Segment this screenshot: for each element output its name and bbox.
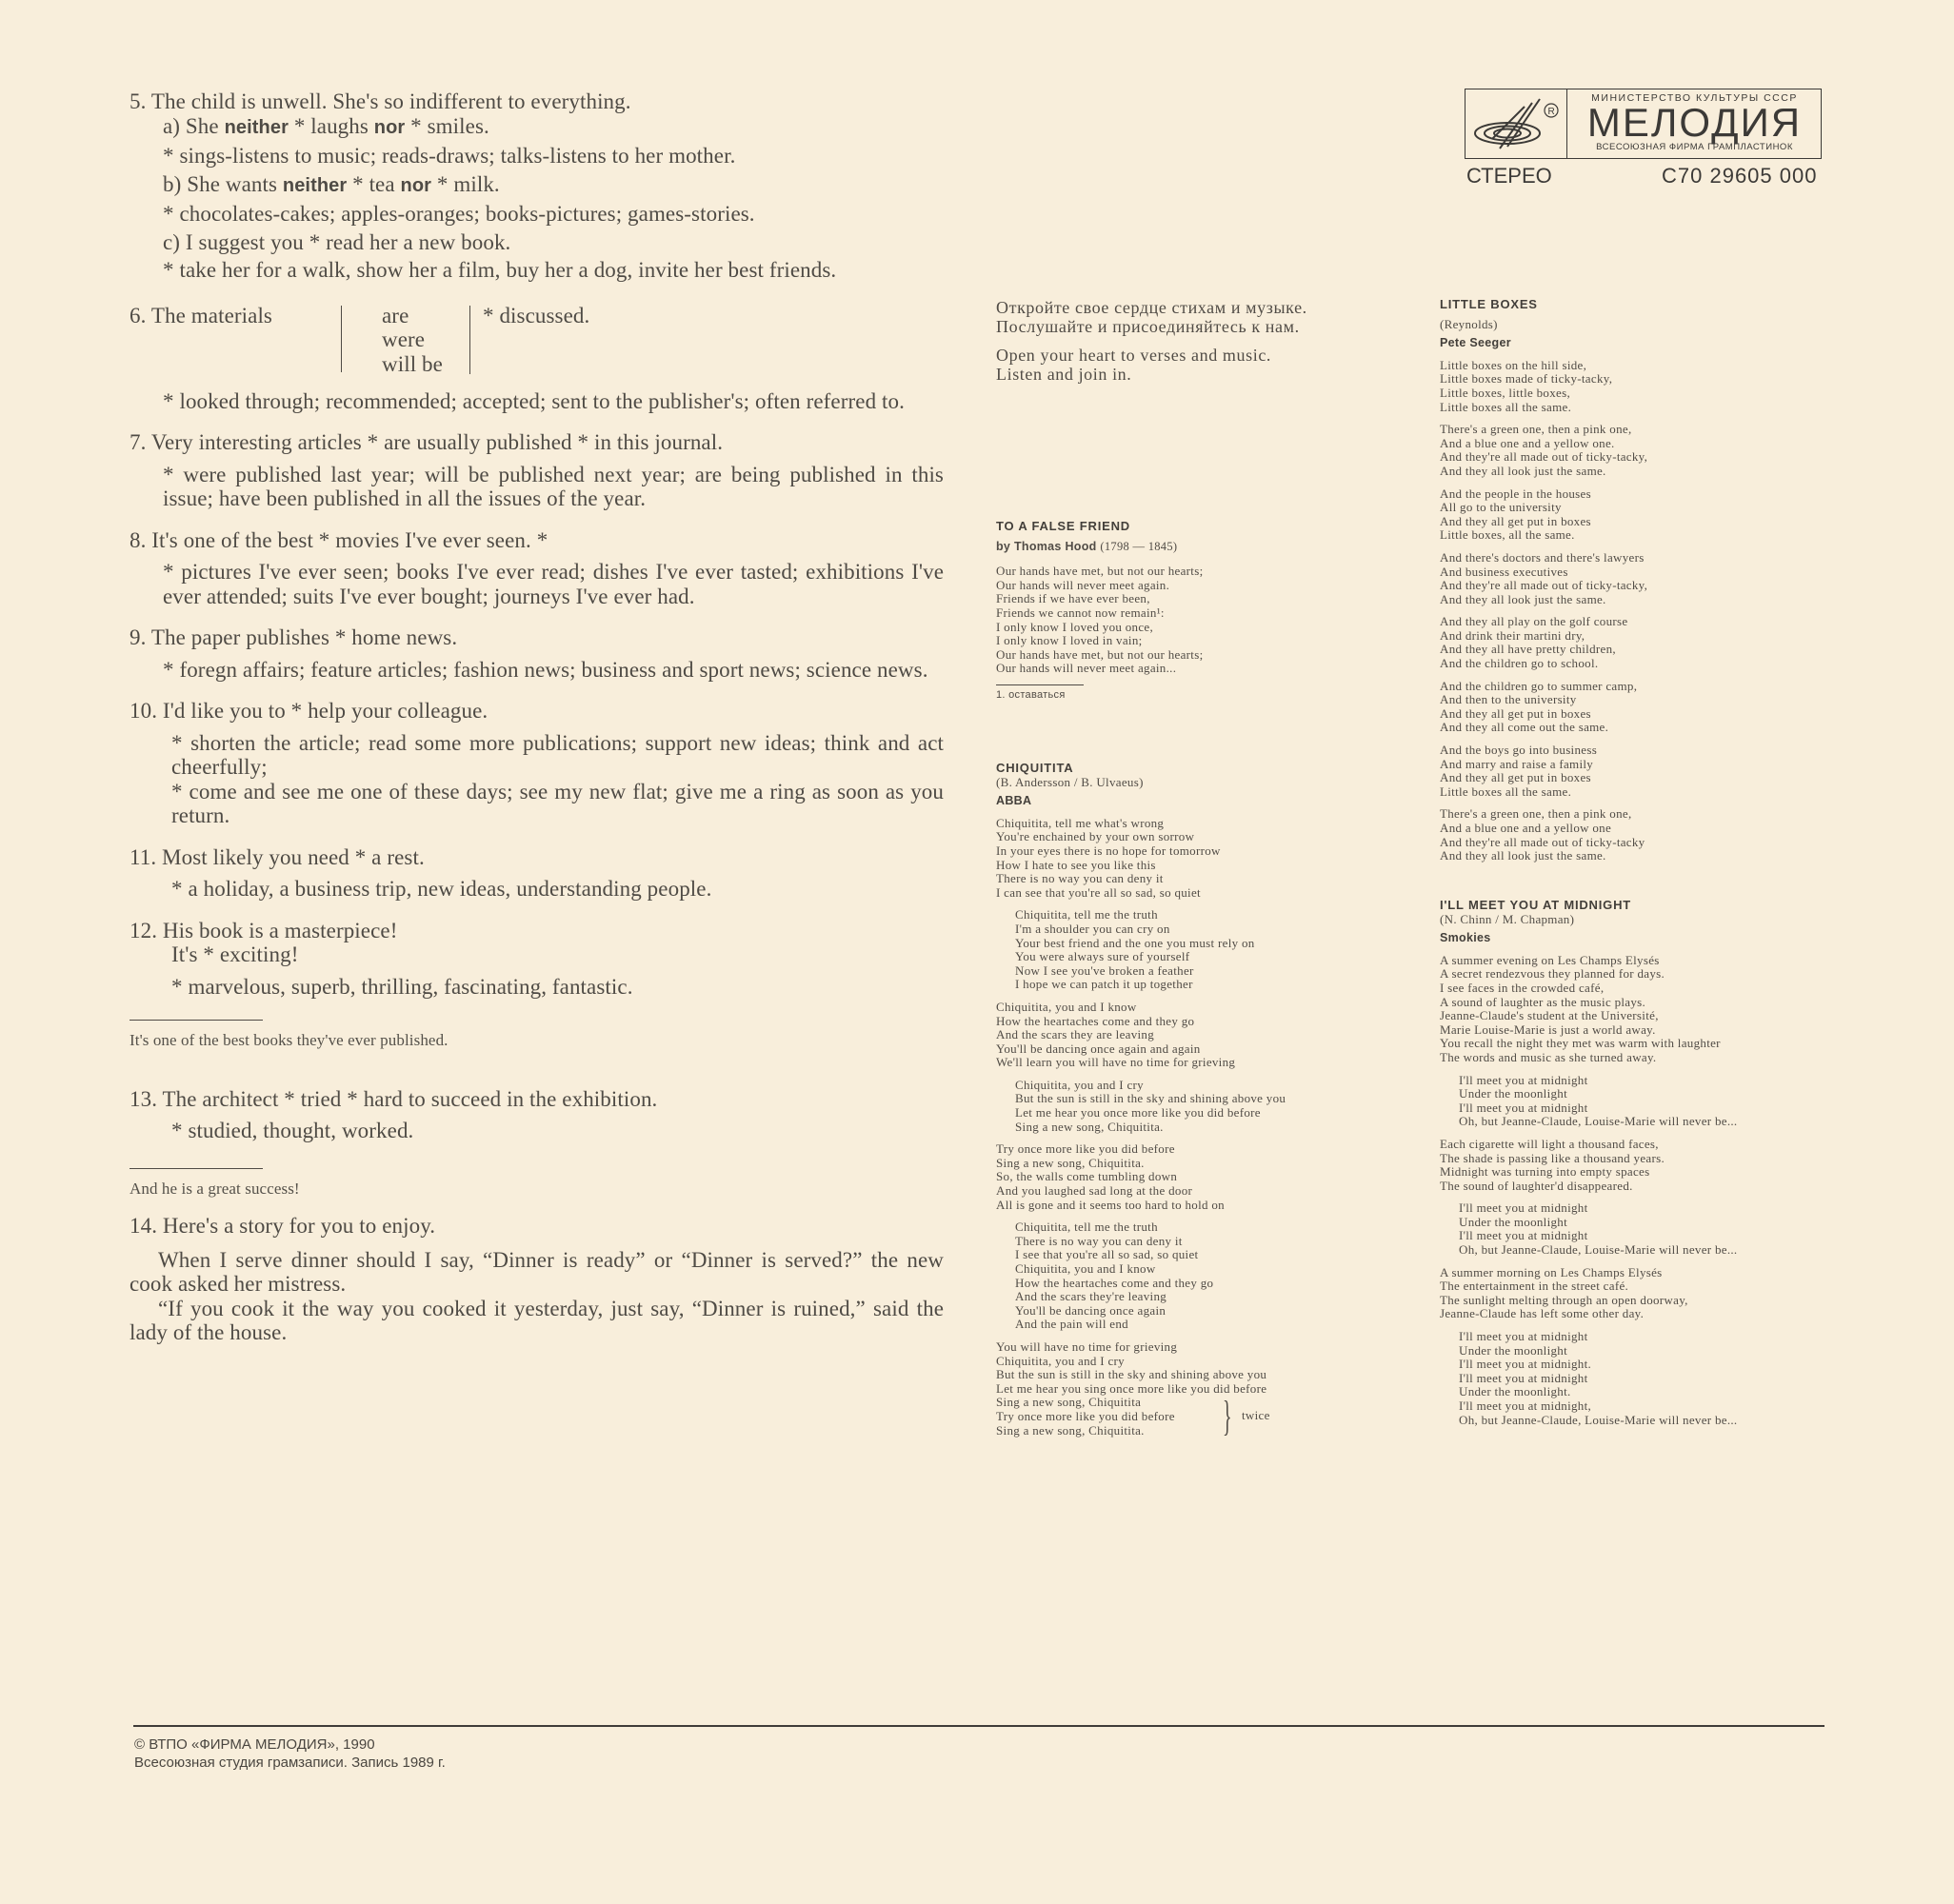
lyric-line: A sound of laughter as the music plays. [1440, 996, 1840, 1010]
lyric-line: All is gone and it seems too hard to hol… [996, 1199, 1406, 1213]
lyric-line: Chiquitita, tell me the truth [1015, 1220, 1406, 1235]
lyric-line: And they all get put in boxes [1440, 707, 1840, 722]
stanza: A summer morning on Les Champs ElysésThe… [1440, 1266, 1840, 1321]
svg-text:R: R [1548, 107, 1555, 117]
lyric-line: You're enchained by your own sorrow [996, 830, 1406, 844]
story-paragraph: “If you cook it the way you cooked it ye… [130, 1297, 944, 1345]
lyric-line: And the pain will end [1015, 1318, 1406, 1332]
stanza: Little boxes on the hill side,Little box… [1440, 359, 1840, 414]
melodiya-label-logo: R МИНИСТЕРСТВО КУЛЬТУРЫ СССР МЕЛОДИЯ ВСЕ… [1465, 89, 1822, 159]
footnote-rule [996, 684, 1084, 685]
lyric-line: And the boys go into business [1440, 744, 1840, 758]
stanza: And there's doctors and there's lawyersA… [1440, 551, 1840, 606]
song-lyrics: A summer evening on Les Champs ElysésA s… [1440, 954, 1840, 1427]
lyric-line: I hope we can patch it up together [1015, 978, 1406, 992]
lyric-line: And the scars they are leaving [996, 1028, 1406, 1042]
song-credit: (N. Chinn / M. Chapman) [1440, 913, 1840, 927]
exercise-sub-b: b) She wants neither * tea nor * milk. [163, 172, 944, 199]
lyric-line: Midnight was turning into empty spaces [1440, 1165, 1840, 1180]
stanza: Chiquitita, you and I knowHow the hearta… [996, 1001, 1406, 1070]
lyric-line: Friends we cannot now remain¹: [996, 606, 1396, 621]
exercise-note: It's one of the best books they've ever … [130, 1028, 944, 1053]
lyric-line: Our hands will never meet again... [996, 662, 1396, 676]
lyric-line: There's a green one, then a pink one, [1440, 807, 1840, 822]
exercise-options: * foregn affairs; feature articles; fash… [130, 658, 944, 683]
song-lyrics: Chiquitita, tell me what's wrongYou're e… [996, 817, 1406, 1397]
exercise-options: * looked through; recommended; accepted;… [130, 389, 944, 414]
intro-text: Откройте свое сердце стихам и музыке.Пос… [996, 298, 1396, 393]
exercise-5: 5. The child is unwell. She's so indiffe… [130, 89, 944, 283]
song-credit: (B. Andersson / B. Ulvaeus) [996, 776, 1406, 790]
lyric-line: Chiquitita, tell me the truth [1015, 908, 1406, 922]
lyric-line: And drink their martini dry, [1440, 629, 1840, 644]
lyric-line: And the people in the houses [1440, 487, 1840, 502]
lyric-line: And a blue one and a yellow one. [1440, 437, 1840, 451]
lyric-line: Each cigarette will light a thousand fac… [1440, 1138, 1840, 1152]
lyric-line: Friends if we have ever been, [996, 592, 1396, 606]
lyric-line: Try once more like you did before [996, 1410, 1406, 1424]
footer-rule [133, 1725, 1824, 1727]
lyric-line: I'll meet you at midnight [1459, 1229, 1840, 1243]
lyric-line: And the scars they're leaving [1015, 1290, 1406, 1304]
lyric-line: The entertainment in the street café. [1440, 1279, 1840, 1294]
lyric-line: And they all get put in boxes [1440, 515, 1840, 529]
divider [341, 306, 342, 372]
exercise-sub-c: c) I suggest you * read her a new book. [163, 230, 944, 255]
poem-title: TO A FALSE FRIEND [996, 520, 1396, 534]
lyric-line: You will have no time for grieving [996, 1340, 1406, 1355]
lyric-line: And they all play on the golf course [1440, 615, 1840, 629]
exercise-options: * were published last year; will be publ… [130, 463, 944, 511]
stanza: And the boys go into businessAnd marry a… [1440, 744, 1840, 799]
lyric-line: And marry and raise a family [1440, 758, 1840, 772]
lyric-line: Chiquitita, you and I cry [1015, 1079, 1406, 1093]
poem-footnote: 1. оставаться [996, 688, 1396, 703]
exercise-options: * shorten the article; read some more pu… [130, 731, 944, 828]
footnote-rule [130, 1020, 263, 1021]
lyric-line: Oh, but Jeanne-Claude, Louise-Marie will… [1459, 1243, 1840, 1258]
exercise-question: 6. The materials [130, 304, 272, 328]
lyric-line: And the children go to school. [1440, 657, 1840, 671]
lyric-line: Chiquitita, tell me what's wrong [996, 817, 1406, 831]
lyric-line: There is no way you can deny it [996, 872, 1406, 886]
lyric-line: You'll be dancing once again [1015, 1304, 1406, 1319]
lyric-line: Sing a new song, Chiquitita. [996, 1424, 1406, 1438]
exercise-question: 5. The child is unwell. She's so indiffe… [130, 89, 944, 114]
verb-forms-table: 6. The materials are were will be * disc… [130, 304, 944, 376]
melodiya-emblem-icon: R [1465, 89, 1567, 158]
stanza: Chiquitita, you and I cryBut the sun is … [996, 1079, 1406, 1134]
exercise-options: * marvelous, superb, thrilling, fascinat… [130, 975, 944, 1000]
footer-copyright: © ВТПО «ФИРМА МЕЛОДИЯ», 1990 Всесоюзная … [134, 1735, 446, 1772]
stanza: I'll meet you at midnightUnder the moonl… [1440, 1074, 1840, 1129]
exercise-note: And he is a great success! [130, 1177, 944, 1201]
lyric-line: Jeanne-Claude's student at the Universit… [1440, 1009, 1840, 1023]
lyric-line: And the children go to summer camp, [1440, 680, 1840, 694]
lyric-line: Under the moonlight. [1459, 1385, 1840, 1399]
lyric-line: And there's doctors and there's lawyers [1440, 551, 1840, 565]
verb-forms: are were will be [382, 304, 443, 377]
lyric-line: Now I see you've broken a feather [1015, 964, 1406, 979]
lyric-line: Try once more like you did before [996, 1142, 1406, 1157]
repeat-block: Sing a new song, ChiquititaTry once more… [996, 1396, 1406, 1438]
lyric-line: A secret rendezvous they planned for day… [1440, 967, 1840, 982]
song-title: LITTLE BOXES [1440, 298, 1840, 312]
stanza: Chiquitita, tell me the truthThere is no… [996, 1220, 1406, 1332]
lyric-line: Our hands will never meet again. [996, 579, 1396, 593]
lyric-line: So, the walls come tumbling down [996, 1170, 1406, 1184]
song-credit: (Reynolds) [1440, 318, 1840, 332]
stanza: And they all play on the golf courseAnd … [1440, 615, 1840, 670]
stanza: There's a green one, then a pink one,And… [1440, 423, 1840, 478]
lyric-line: The words and music as she turned away. [1440, 1051, 1840, 1065]
exercise-options: * sings-listens to music; reads-draws; t… [163, 144, 944, 169]
lyric-line: Chiquitita, you and I know [996, 1001, 1406, 1015]
lyric-line: I'll meet you at midnight. [1459, 1358, 1840, 1372]
lyric-line: Under the moonlight [1459, 1087, 1840, 1101]
exercises-column: 5. The child is unwell. She's so indiffe… [130, 89, 944, 1362]
stanza: And the people in the housesAll go to th… [1440, 487, 1840, 543]
lyric-line: I'll meet you at midnight, [1459, 1399, 1840, 1414]
song-artist: ABBA [996, 794, 1406, 808]
lyric-line: All go to the university [1440, 501, 1840, 515]
lyric-line: How the heartaches come and they go [996, 1015, 1406, 1029]
lyric-line: We'll learn you will have no time for gr… [996, 1056, 1406, 1070]
song-chiquitita: CHIQUITITA (B. Andersson / B. Ulvaeus) A… [996, 762, 1406, 1438]
stanza: Chiquitita, tell me the truthI'm a shoul… [996, 908, 1406, 992]
divider [469, 306, 470, 374]
lyric-line: How I hate to see you like this [996, 859, 1406, 873]
lyric-line: Oh, but Jeanne-Claude, Louise-Marie will… [1459, 1115, 1840, 1129]
lyric-line: And they all get put in boxes [1440, 771, 1840, 785]
lyric-line: I see that you're all so sad, so quiet [1015, 1248, 1406, 1262]
exercise-options: * chocolates-cakes; apples-oranges; book… [163, 202, 944, 227]
lyric-line: Jeanne-Claude has left some other day. [1440, 1307, 1840, 1321]
lyric-line: I'll meet you at midnight [1459, 1330, 1840, 1344]
lyric-line: Sing a new song, Chiquitita [996, 1396, 1406, 1410]
exercise-14: 14. Here's a story for you to enjoy. Whe… [130, 1214, 944, 1345]
stanza: I'll meet you at midnightUnder the moonl… [1440, 1330, 1840, 1427]
lyric-line: And you laughed sad long at the door [996, 1184, 1406, 1199]
exercise-8: 8. It's one of the best * movies I've ev… [130, 528, 944, 609]
lyric-line: I see faces in the crowded café, [1440, 982, 1840, 996]
lyric-line: The shade is passing like a thousand yea… [1440, 1152, 1840, 1166]
lyric-line: There's a green one, then a pink one, [1440, 423, 1840, 437]
poem-author: by Thomas Hood (1798 — 1845) [996, 540, 1396, 554]
poem-lines: Our hands have met, but not our hearts;O… [996, 565, 1396, 676]
lyric-line: Your best friend and the one you must re… [1015, 937, 1406, 951]
lyric-line: Sing a new song, Chiquitita. [996, 1157, 1406, 1171]
stanza: Try once more like you did beforeSing a … [996, 1142, 1406, 1212]
lyric-line: Our hands have met, but not our hearts; [996, 648, 1396, 663]
lyric-line: I can see that you're all so sad, so qui… [996, 886, 1406, 901]
lyric-line: I'll meet you at midnight [1459, 1201, 1840, 1216]
exercise-9: 9. The paper publishes * home news. * fo… [130, 625, 944, 682]
lyric-line: And they all come out the same. [1440, 721, 1840, 735]
exercise-options: * studied, thought, worked. [130, 1119, 944, 1143]
lyric-line: Chiquitita, you and I know [1015, 1262, 1406, 1277]
stanza: There's a green one, then a pink one,And… [1440, 807, 1840, 863]
lyric-line: A summer morning on Les Champs Elysés [1440, 1266, 1840, 1280]
stanza: A summer evening on Les Champs ElysésA s… [1440, 954, 1840, 1065]
lyric-line: Little boxes on the hill side, [1440, 359, 1840, 373]
lyric-line: And business executives [1440, 565, 1840, 580]
stanza: And the children go to summer camp,And t… [1440, 680, 1840, 735]
lyric-line: And they're all made out of ticky-tacky [1440, 836, 1840, 850]
lyric-line: Marie Louise-Marie is just a world away. [1440, 1023, 1840, 1038]
lyric-line: Little boxes, little boxes, [1440, 387, 1840, 401]
lyric-line: You recall the night they met was warm w… [1440, 1037, 1840, 1051]
lyric-line: I only know I loved in vain; [996, 634, 1396, 648]
song-title: CHIQUITITA [996, 762, 1406, 776]
lyric-line: And then to the university [1440, 693, 1840, 707]
brace-icon: } [1223, 1396, 1232, 1438]
lyric-line: Under the moonlight [1459, 1216, 1840, 1230]
poem-to-a-false-friend: TO A FALSE FRIEND by Thomas Hood (1798 —… [996, 520, 1396, 703]
exercise-options: * pictures I've ever seen; books I've ev… [130, 560, 944, 608]
song-lyrics: Little boxes on the hill side,Little box… [1440, 359, 1840, 863]
lyric-line: And a blue one and a yellow one [1440, 822, 1840, 836]
lyric-line: The sound of laughter'd disappeared. [1440, 1180, 1840, 1194]
lyric-line: Oh, but Jeanne-Claude, Louise-Marie will… [1459, 1414, 1840, 1428]
story-paragraph: When I serve dinner should I say, “Dinne… [130, 1248, 944, 1297]
lyric-line: Little boxes made of ticky-tacky, [1440, 372, 1840, 387]
brand-name: МЕЛОДИЯ [1568, 104, 1821, 142]
format-label: СТЕРЕО [1466, 164, 1552, 188]
lyric-line: And they're all made out of ticky-tacky, [1440, 450, 1840, 465]
footnote-rule [130, 1168, 263, 1169]
exercise-options: * take her for a walk, show her a film, … [163, 258, 944, 283]
exercise-sub-a: a) She neither * laughs nor * smiles. [163, 114, 944, 141]
lyric-line: Little boxes, all the same. [1440, 528, 1840, 543]
lyric-line: How the heartaches come and they go [1015, 1277, 1406, 1291]
repeat-label: twice [1242, 1409, 1270, 1423]
label-text: МИНИСТЕРСТВО КУЛЬТУРЫ СССР МЕЛОДИЯ ВСЕСО… [1568, 89, 1821, 158]
stanza: You will have no time for grievingChiqui… [996, 1340, 1406, 1396]
song-little-boxes: LITTLE BOXES (Reynolds) Pete Seeger Litt… [1440, 298, 1840, 863]
lyric-line: A summer evening on Les Champs Elysés [1440, 954, 1840, 968]
lyric-line: I'll meet you at midnight [1459, 1101, 1840, 1116]
lyric-line: And they all look just the same. [1440, 849, 1840, 863]
lyric-line: And they all have pretty children, [1440, 643, 1840, 657]
exercise-7: 7. Very interesting articles * are usual… [130, 430, 944, 511]
lyric-line: Let me hear you sing once more like you … [996, 1382, 1406, 1397]
song-ill-meet-you-at-midnight: I'LL MEET YOU AT MIDNIGHT (N. Chinn / M.… [1440, 899, 1840, 1427]
lyric-line: Under the moonlight [1459, 1344, 1840, 1359]
lyric-line: Little boxes all the same. [1440, 401, 1840, 415]
stanza: I'll meet you at midnightUnder the moonl… [1440, 1201, 1840, 1257]
lyric-line: And they all look just the same. [1440, 593, 1840, 607]
exercise-6: 6. The materials are were will be * disc… [130, 304, 944, 414]
lyric-line: But the sun is still in the sky and shin… [1015, 1092, 1406, 1106]
song-title: I'LL MEET YOU AT MIDNIGHT [1440, 899, 1840, 913]
lyric-line: I'll meet you at midnight [1459, 1372, 1840, 1386]
stanza: Chiquitita, tell me what's wrongYou're e… [996, 817, 1406, 901]
exercise-13: 13. The architect * tried * hard to succ… [130, 1087, 944, 1143]
stanza: Each cigarette will light a thousand fac… [1440, 1138, 1840, 1193]
lyric-line: You'll be dancing once again and again [996, 1042, 1406, 1057]
lyric-line: There is no way you can deny it [1015, 1235, 1406, 1249]
lyric-line: You were always sure of yourself [1015, 950, 1406, 964]
lyric-line: And they're all made out of ticky-tacky, [1440, 579, 1840, 593]
lyric-line: I'll meet you at midnight [1459, 1074, 1840, 1088]
lyric-line: I only know I loved you once, [996, 621, 1396, 635]
lyric-line: In your eyes there is no hope for tomorr… [996, 844, 1406, 859]
lyric-line: But the sun is still in the sky and shin… [996, 1368, 1406, 1382]
exercise-12: 12. His book is a masterpiece! It's * ex… [130, 919, 944, 1000]
catalog-number: С70 29605 000 [1662, 164, 1817, 188]
song-artist: Smokies [1440, 931, 1840, 945]
lyric-line: Our hands have met, but not our hearts; [996, 565, 1396, 579]
lyric-line: The sunlight melting through an open doo… [1440, 1294, 1840, 1308]
exercise-11: 11. Most likely you need * a rest. * a h… [130, 845, 944, 902]
exercise-options: * a holiday, a business trip, new ideas,… [130, 877, 944, 902]
lyric-line: Little boxes all the same. [1440, 785, 1840, 800]
lyric-line: Chiquitita, you and I cry [996, 1355, 1406, 1369]
lyric-line: And they all look just the same. [1440, 465, 1840, 479]
song-artist: Pete Seeger [1440, 336, 1840, 350]
lyric-line: Sing a new song, Chiquitita. [1015, 1121, 1406, 1135]
lyric-line: I'm a shoulder you can cry on [1015, 922, 1406, 937]
exercise-subitems: a) She neither * laughs nor * smiles. * … [130, 114, 944, 283]
exercise-10: 10. I'd like you to * help your colleagu… [130, 699, 944, 828]
lyric-line: Let me hear you once more like you did b… [1015, 1106, 1406, 1121]
